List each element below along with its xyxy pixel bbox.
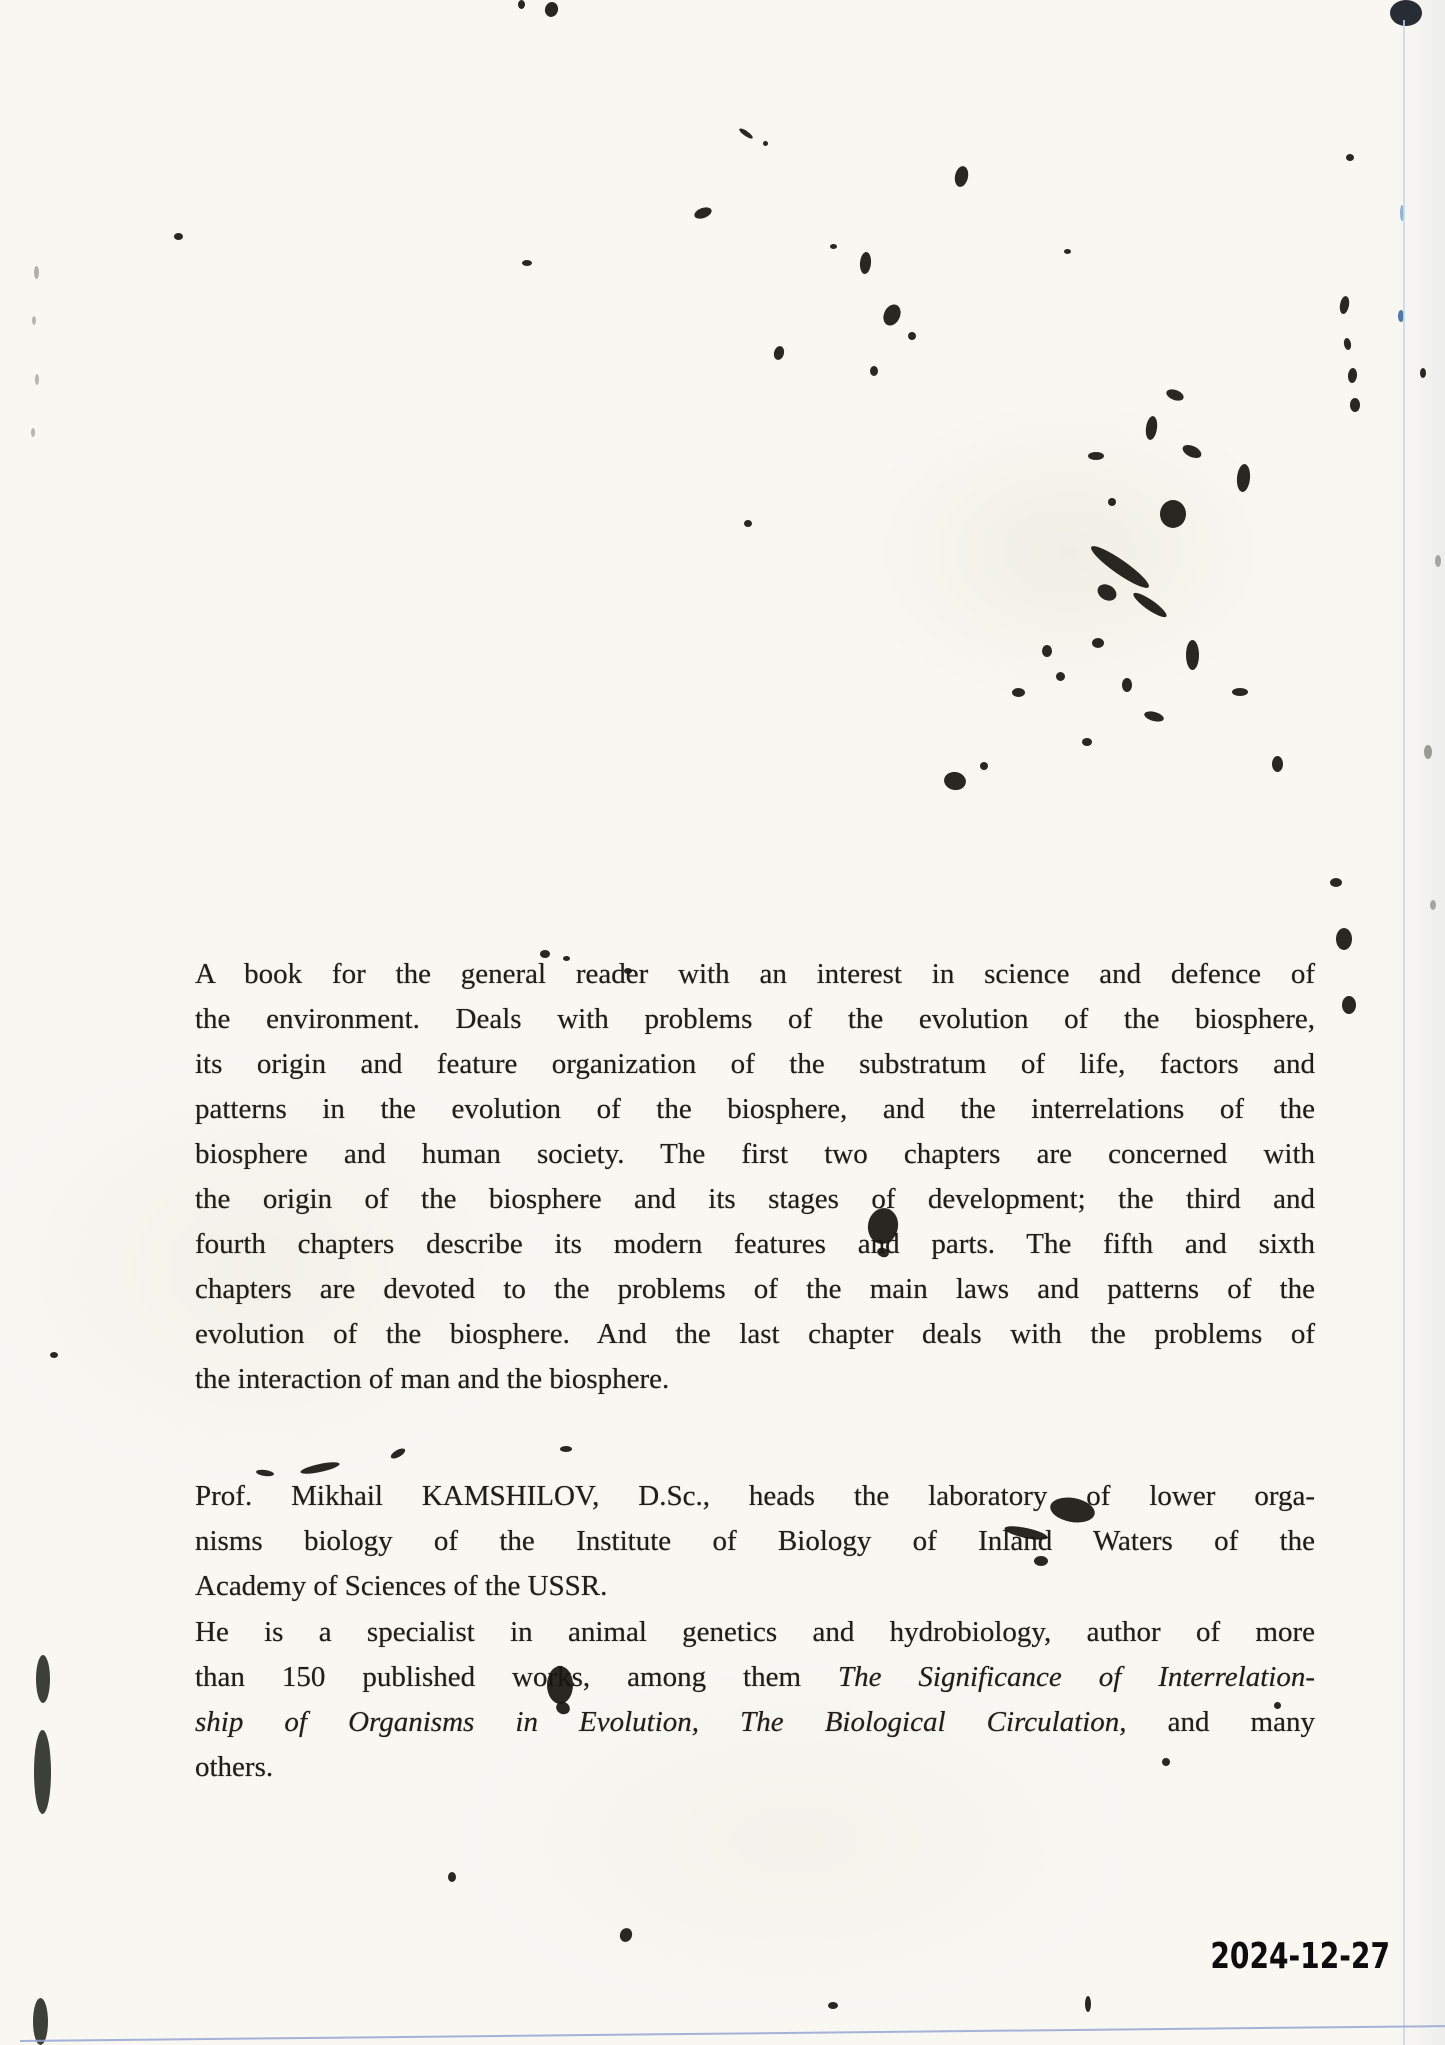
ink-speck: [1346, 154, 1354, 161]
ink-speck: [1143, 710, 1165, 724]
text-line: others.: [195, 1745, 1315, 1790]
ink-speck: [1085, 1996, 1091, 2012]
ink-speck: [35, 374, 39, 385]
ink-speck: [1165, 387, 1185, 403]
text-line: fourth chapters describe its modern feat…: [195, 1222, 1315, 1267]
ink-speck: [693, 205, 713, 221]
ink-speck: [34, 1730, 51, 1814]
text-segment: A book for the general reader with an in…: [195, 958, 1315, 990]
ink-speck: [1012, 688, 1025, 697]
text-line: Prof. Mikhail KAMSHILOV, D.Sc., heads th…: [195, 1474, 1315, 1519]
ink-speck: [522, 260, 532, 266]
text-line: than 150 published works, among them The…: [195, 1655, 1315, 1700]
ink-speck: [1095, 581, 1120, 604]
scanned-page: A book for the general reader with an in…: [0, 0, 1445, 2045]
ink-speck: [1330, 878, 1342, 887]
ink-speck: [1056, 672, 1065, 681]
text-line: the environment. Deals with problems of …: [195, 997, 1315, 1042]
ink-speck: [1343, 337, 1352, 350]
ink-speck: [1272, 756, 1283, 772]
book-title-italic: The Significance of Interrelation-: [838, 1661, 1315, 1693]
text-segment: and many: [1127, 1706, 1315, 1738]
ink-speck: [618, 1926, 634, 1943]
ink-speck: [1186, 640, 1199, 670]
text-line: the origin of the biosphere and its stag…: [195, 1177, 1315, 1222]
text-segment: Prof. Mikhail KAMSHILOV, D.Sc., heads th…: [195, 1480, 1315, 1512]
ink-speck: [1347, 368, 1357, 384]
scanner-artifact-line-right: [1403, 20, 1405, 2045]
text-segment: He is a specialist in animal genetics an…: [195, 1616, 1315, 1648]
ink-speck: [1342, 996, 1356, 1014]
ink-speck: [1087, 541, 1152, 593]
book-title-italic: ship of Organisms in Evolution, The Biol…: [195, 1706, 1127, 1738]
ink-speck: [830, 244, 837, 249]
text-segment: Academy of Sciences of the USSR.: [195, 1570, 607, 1602]
ink-speck: [1232, 688, 1248, 696]
ink-speck: [33, 1998, 48, 2045]
ink-speck: [738, 127, 754, 140]
ink-speck: [448, 1872, 456, 1882]
ink-speck: [870, 366, 878, 376]
ink-speck: [1092, 638, 1104, 648]
ink-speck: [50, 1352, 58, 1358]
text-segment: the interaction of man and the biosphere…: [195, 1363, 669, 1395]
text-segment: chapters are devoted to the problems of …: [195, 1273, 1315, 1305]
ink-speck: [543, 1, 559, 19]
ink-speck: [1339, 295, 1351, 314]
ink-speck: [31, 428, 35, 437]
scanner-artifact-line-bottom: [20, 2025, 1445, 2042]
text-line: He is a specialist in animal genetics an…: [195, 1610, 1315, 1655]
text-segment: its origin and feature organization of t…: [195, 1048, 1315, 1080]
book-blurb-paragraph: A book for the general reader with an in…: [195, 952, 1315, 1402]
ink-speck: [880, 302, 904, 329]
ink-speck: [518, 0, 525, 9]
text-line: its origin and feature organization of t…: [195, 1042, 1315, 1087]
text-segment: the environment. Deals with problems of …: [195, 1003, 1315, 1035]
ink-speck: [859, 252, 872, 275]
ink-speck: [1144, 415, 1158, 440]
text-segment: nisms biology of the Institute of Biolog…: [195, 1525, 1315, 1557]
text-segment: patterns in the evolution of the biosphe…: [195, 1093, 1315, 1125]
text-line: chapters are devoted to the problems of …: [195, 1267, 1315, 1312]
ink-speck: [980, 762, 988, 770]
text-segment: the origin of the biosphere and its stag…: [195, 1183, 1315, 1215]
author-credentials-paragraph: Prof. Mikhail KAMSHILOV, D.Sc., heads th…: [195, 1474, 1315, 1609]
text-line: Academy of Sciences of the USSR.: [195, 1564, 1315, 1609]
ink-speck: [1236, 463, 1251, 492]
author-bio-paragraph: He is a specialist in animal genetics an…: [195, 1610, 1315, 1790]
text-line: evolution of the biosphere. And the last…: [195, 1312, 1315, 1357]
ink-speck: [174, 233, 183, 240]
ink-speck: [1336, 928, 1352, 950]
ink-speck: [744, 520, 752, 527]
text-segment: fourth chapters describe its modern feat…: [195, 1228, 1315, 1260]
text-segment: than 150 published works, among them: [195, 1661, 838, 1693]
ink-speck: [1181, 442, 1204, 460]
text-line: patterns in the evolution of the biosphe…: [195, 1087, 1315, 1132]
text-segment: others.: [195, 1751, 273, 1783]
ink-speck: [560, 1446, 572, 1452]
ink-speck: [1082, 738, 1092, 746]
text-line: ship of Organisms in Evolution, The Biol…: [195, 1700, 1315, 1745]
ink-speck: [1064, 249, 1071, 254]
ink-speck: [1350, 398, 1360, 412]
ink-speck: [943, 770, 968, 792]
scan-edge-shading: [1400, 0, 1445, 2045]
ink-speck: [36, 1655, 50, 1703]
text-segment: biosphere and human society. The first t…: [195, 1138, 1315, 1170]
text-line: A book for the general reader with an in…: [195, 952, 1315, 997]
ink-speck: [1160, 500, 1186, 528]
ink-speck: [389, 1446, 406, 1460]
date-stamp: 2024-12-27: [1195, 1936, 1390, 1977]
ink-speck: [763, 141, 768, 146]
ink-speck: [772, 345, 785, 361]
ink-speck: [1122, 678, 1132, 692]
text-line: the interaction of man and the biosphere…: [195, 1357, 1315, 1402]
ink-speck: [1088, 452, 1104, 460]
ink-speck: [32, 316, 36, 325]
ink-speck: [908, 332, 916, 340]
ink-speck: [1108, 498, 1116, 506]
ink-speck: [828, 2002, 838, 2009]
ink-speck: [1042, 645, 1052, 657]
text-line: nisms biology of the Institute of Biolog…: [195, 1519, 1315, 1564]
text-line: biosphere and human society. The first t…: [195, 1132, 1315, 1177]
ink-speck: [34, 266, 39, 279]
ink-speck: [1131, 589, 1170, 620]
text-segment: evolution of the biosphere. And the last…: [195, 1318, 1315, 1350]
ink-speck: [953, 165, 970, 188]
